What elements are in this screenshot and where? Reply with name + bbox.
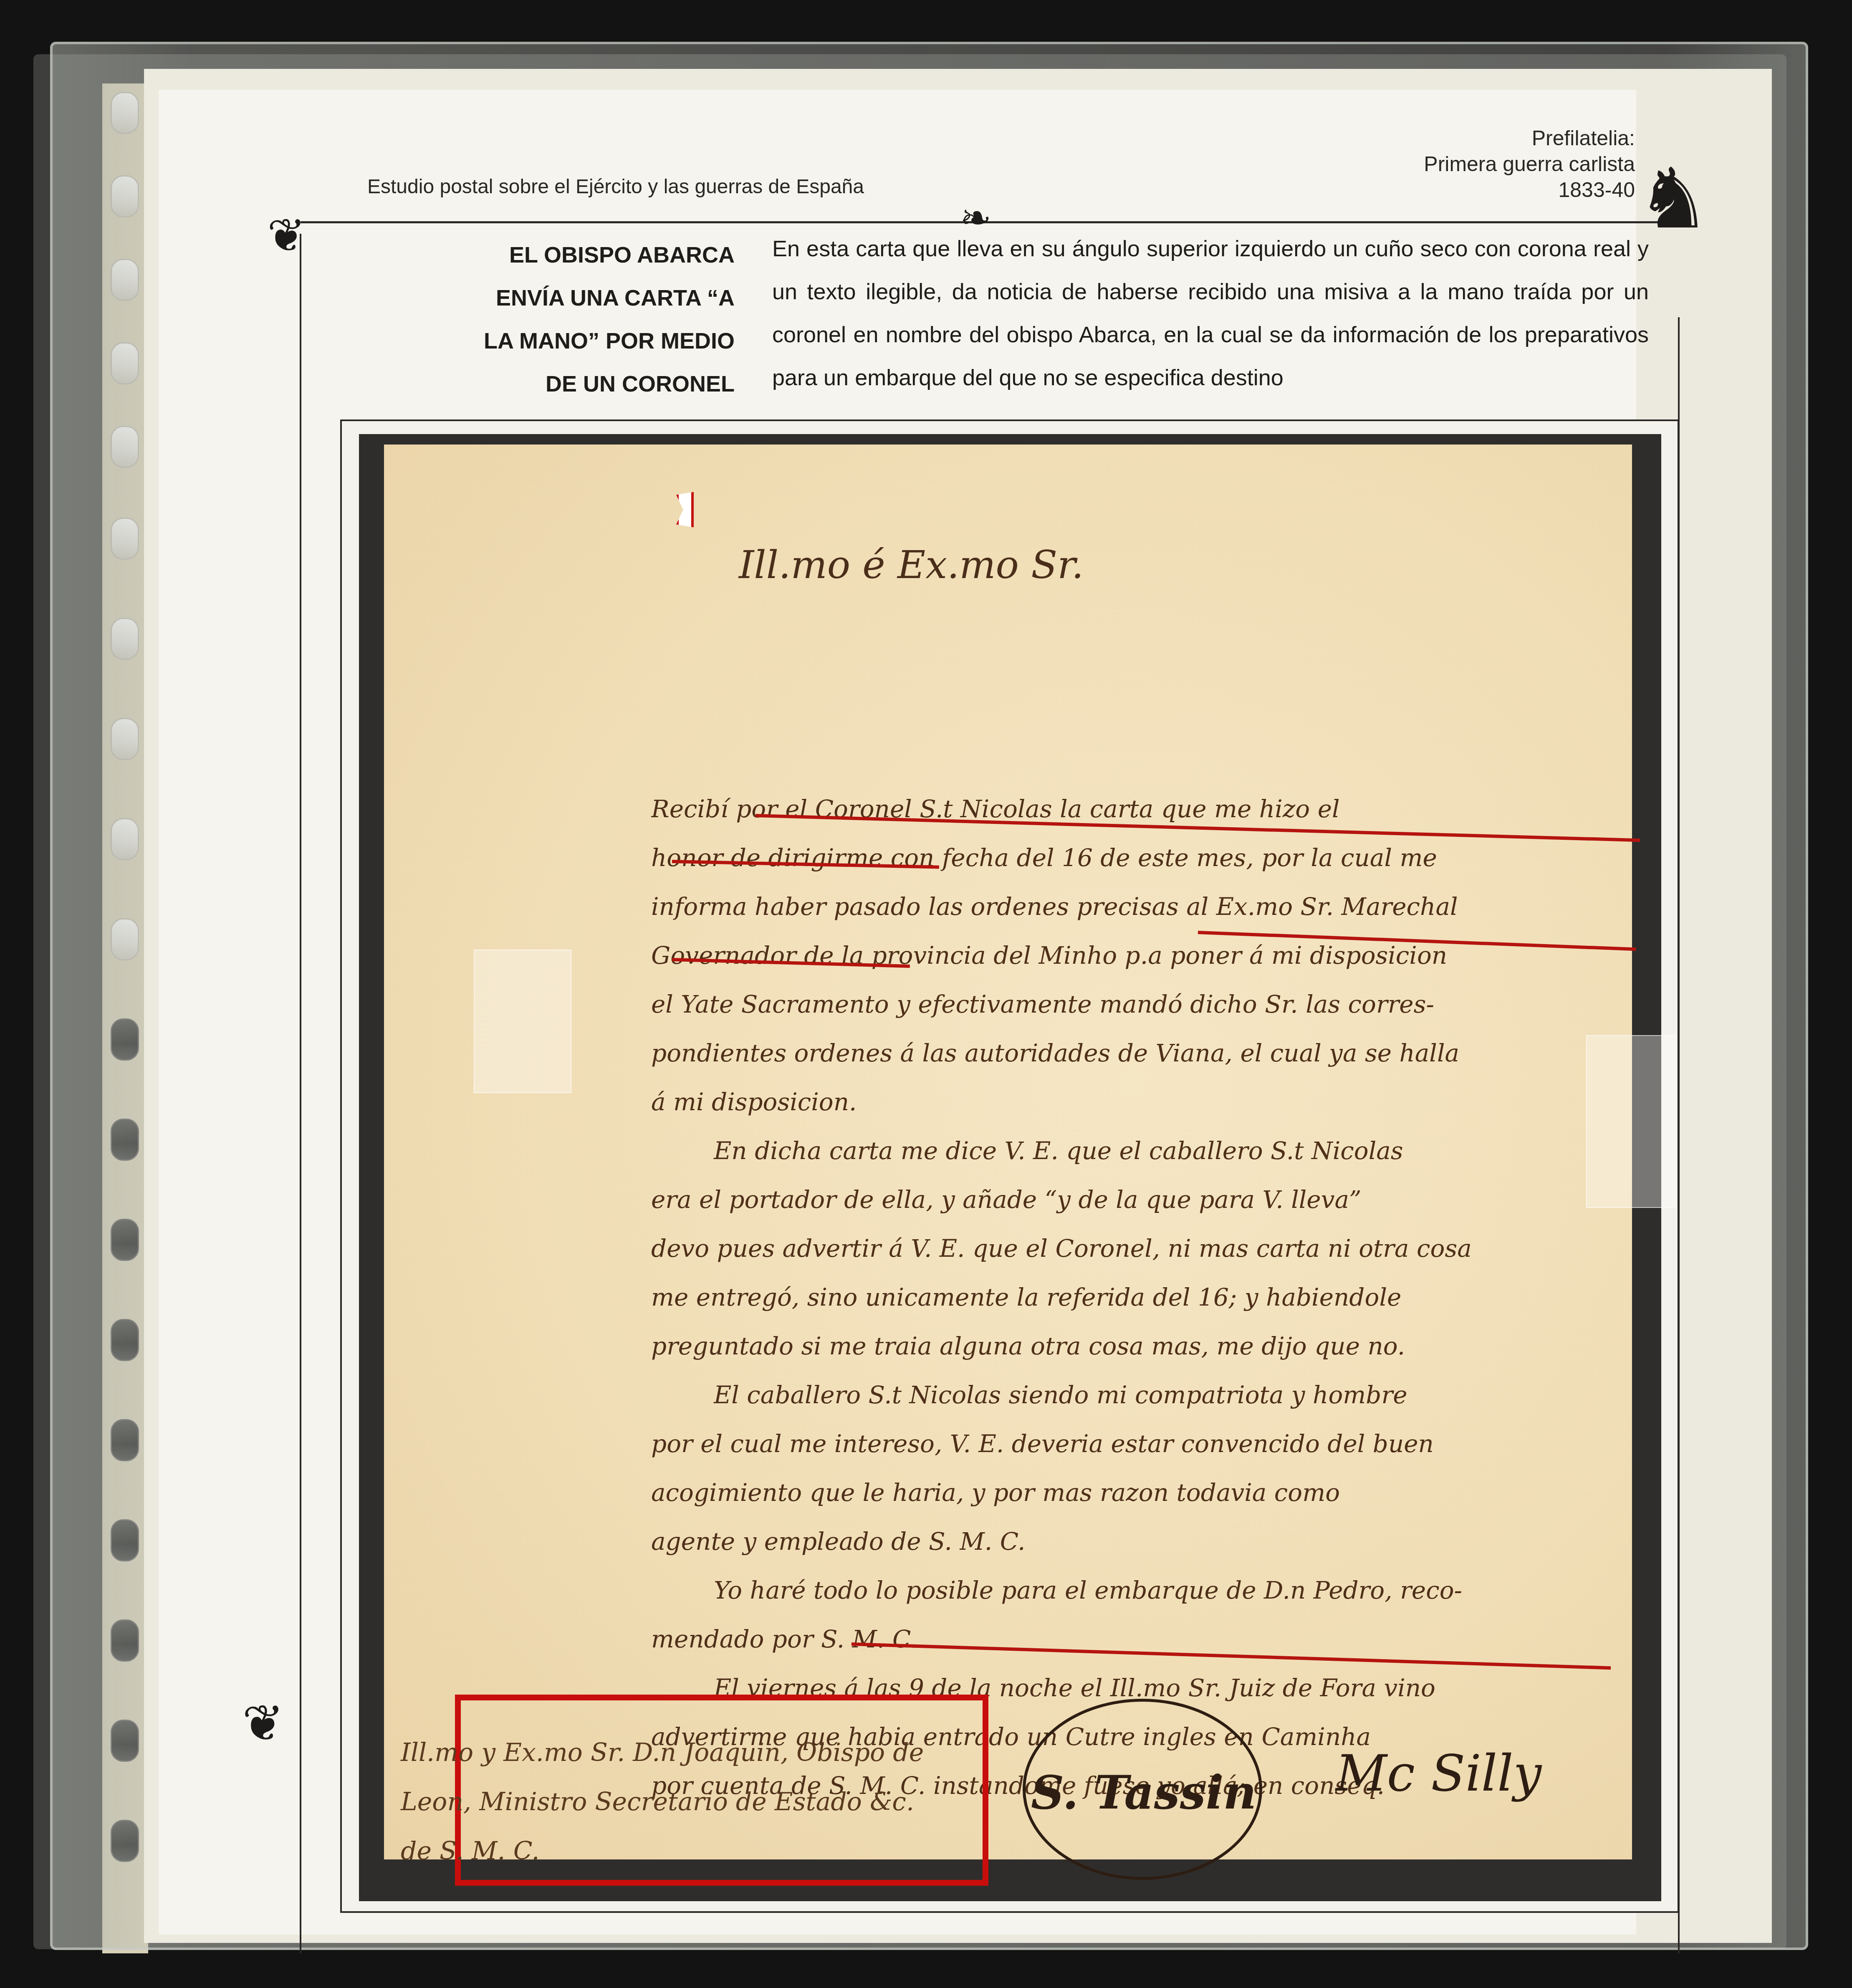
header-right-line: Primera guerra carlista (1424, 151, 1635, 177)
address-line: Ill.mo y Ex.mo Sr. D.n Joaquin, Obispo d… (401, 1728, 985, 1777)
page-header-right: Prefilatelia: Primera guerra carlista 18… (1424, 125, 1635, 203)
letter-line: acogimiento que le haria, y por mas razo… (651, 1468, 1653, 1517)
title-line: LA MANO” POR MEDIO (417, 320, 735, 363)
letter-line: agente y empleado de S. M. C. (651, 1517, 1653, 1566)
pomegranate-ornament-icon: ❦ (242, 1695, 284, 1753)
letter-line: á mi disposicion. (651, 1078, 1653, 1127)
letter-line: En dicha carta me dice V. E. que el caba… (651, 1127, 1653, 1175)
letter-line: por el cual me intereso, V. E. deveria e… (651, 1420, 1653, 1468)
letter-line: Governador de la provincia del Minho p.a… (651, 931, 1653, 980)
frame-line-left (300, 234, 301, 1953)
title-line: EL OBISPO ABARCA (417, 234, 735, 277)
header-right-line: Prefilatelia: (1424, 125, 1635, 151)
header-right-line: 1833-40 (1424, 177, 1635, 203)
address-line: Leon, Ministro Secretario de Estado &c. (401, 1777, 985, 1826)
letter-line: pondientes ordenes á las autoridades de … (651, 1029, 1653, 1078)
letter-line: El caballero S.t Nicolas siendo mi compa… (651, 1371, 1653, 1420)
signature: Mc Silly (1336, 1745, 1541, 1803)
letter-line: era el portador de ella, y añade “y de l… (651, 1175, 1653, 1224)
page-header-left: Estudio postal sobre el Ejército y las g… (367, 175, 864, 198)
section-title: EL OBISPO ABARCA ENVÍA UNA CARTA “A LA M… (417, 234, 735, 406)
frame-line-top (301, 221, 1690, 223)
letter-body: Recibí por el Coronel S.t Nicolas la car… (651, 785, 1653, 1810)
address-line: de S. M. C. (401, 1826, 985, 1876)
section-description: En esta carta que lleva en su ángulo sup… (772, 227, 1649, 399)
floral-finial-icon: ❦ (267, 209, 306, 262)
hinge-tape-left (474, 950, 571, 1093)
letter-line: mendado por S. M. C. (651, 1615, 1653, 1664)
letter-line: me entregó, sino unicamente la referida … (651, 1273, 1653, 1322)
letter-salutation: Ill.mo é Ex.mo Sr. (739, 543, 1084, 587)
signature-stamp: S. Tassin (1031, 1766, 1256, 1819)
letter-line: informa haber pasado las ordenes precisa… (651, 882, 1653, 931)
letter-line: el Yate Sacramento y efectivamente mandó… (651, 980, 1653, 1029)
letter-line: Yo haré todo lo posible para el embarque… (651, 1566, 1653, 1615)
letter-line: honor de dirigirme con fecha del 16 de e… (651, 834, 1653, 882)
title-line: DE UN CORONEL (417, 363, 735, 406)
letter-address: Ill.mo y Ex.mo Sr. D.n Joaquin, Obispo d… (401, 1728, 985, 1876)
title-line: ENVÍA UNA CARTA “A (417, 277, 735, 320)
letter-line: preguntado si me traia alguna otra cosa … (651, 1322, 1653, 1371)
letter-line: devo pues advertir á V. E. que el Corone… (651, 1224, 1653, 1273)
